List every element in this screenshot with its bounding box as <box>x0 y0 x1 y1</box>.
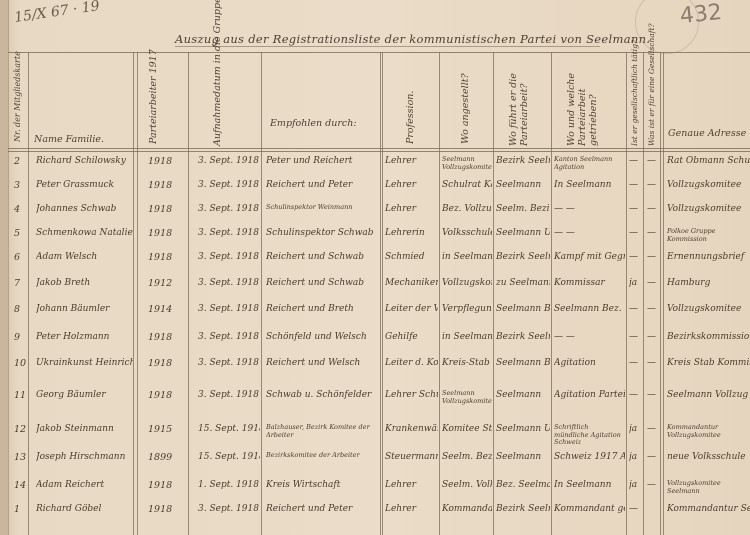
society: — <box>647 156 660 166</box>
table-row: 5 Schmenkowa Natalie 1918 3. Sept. 1918 … <box>0 228 750 253</box>
address: Seelmann Vollzug <box>667 390 750 400</box>
row-number: 1 <box>14 504 28 515</box>
row-number: 11 <box>14 390 28 401</box>
profession: Lehrer <box>385 504 438 514</box>
employed-at: Schulrat Kanton <box>442 180 492 190</box>
socially-active: — <box>629 156 643 166</box>
profession: Schmied <box>385 252 438 262</box>
admission-date: 3. Sept. 1918 <box>198 228 260 238</box>
family-name: Peter Holzmann <box>36 332 133 342</box>
socially-active: — <box>629 504 643 514</box>
row-number: 10 <box>14 358 28 369</box>
header-party-work-where: Wo führt er die Parteiarbeit? <box>508 56 532 146</box>
header-employed: Wo angestellt? <box>460 82 471 144</box>
party-work-what: In Seelmann <box>554 480 625 490</box>
header-party-work-what: Wo und welche Parteiarbeit getrieben? <box>566 56 592 146</box>
header-recommended: Empfohlen durch: <box>270 118 357 129</box>
society: — <box>647 204 660 214</box>
employed-at: in Seelmann <box>442 332 492 342</box>
party-work-what: Kampf mit Gegnern <box>554 252 625 262</box>
address: Vollzugskomitee <box>667 304 750 314</box>
family-name: Jakob Steinmann <box>36 424 133 434</box>
row-number: 5 <box>14 228 28 239</box>
admission-date: 15. Sept. 1918 <box>198 452 260 462</box>
address: Kommandantur Seelmann <box>667 504 750 514</box>
recommended-by: Kreis Wirtschaft <box>266 480 379 490</box>
admission-date: 3. Sept. 1918 <box>198 304 260 314</box>
document-title: Auszug aus der Registrationsliste der ko… <box>175 32 650 46</box>
family-name: Adam Welsch <box>36 252 133 262</box>
table-row: 13 Joseph Hirschmann 1899 15. Sept. 1918… <box>0 452 750 477</box>
recommended-by: Schönfeld und Welsch <box>266 332 379 342</box>
address: Rat Obmann Schule <box>667 156 750 166</box>
party-year: 1918 <box>148 228 186 239</box>
party-work-what: — — <box>554 204 625 214</box>
recommended-by: Reichert und Schwab <box>266 278 379 288</box>
corner-reference: 15/X 67 · 19 <box>13 0 100 26</box>
party-year: 1918 <box>148 332 186 343</box>
recommended-by: Schulinspektor Weinmann <box>266 204 379 212</box>
profession: Mechaniker <box>385 278 438 288</box>
party-work-what: Schweiz 1917 Agitation <box>554 452 625 462</box>
socially-active: ja <box>629 278 643 288</box>
party-year: 1918 <box>148 358 186 369</box>
party-work-where: Seelmann Bez. <box>496 358 550 368</box>
party-year: 1918 <box>148 480 186 491</box>
party-year: 1918 <box>148 156 186 167</box>
row-number: 7 <box>14 278 28 289</box>
admission-date: 15. Sept. 1918 <box>198 424 260 434</box>
profession: Lehrerin <box>385 228 438 238</box>
table-row: 9 Peter Holzmann 1918 3. Sept. 1918 Schö… <box>0 332 750 357</box>
table-row: 4 Johannes Schwab 1918 3. Sept. 1918 Sch… <box>0 204 750 229</box>
admission-date: 3. Sept. 1918 <box>198 358 260 368</box>
registration-table: Nr. der Mitgliedskarte Name Familie. Par… <box>0 52 750 535</box>
table-row: 1 Richard Göbel 1918 3. Sept. 1918 Reich… <box>0 504 750 529</box>
row-number: 14 <box>14 480 28 491</box>
family-name: Richard Schilowsky <box>36 156 133 166</box>
recommended-by: Reichert und Breth <box>266 304 379 314</box>
table-row: 3 Peter Grassmuck 1918 3. Sept. 1918 Rei… <box>0 180 750 205</box>
address: Hamburg <box>667 278 750 288</box>
profession: Lehrer <box>385 156 438 166</box>
party-work-what: — — <box>554 332 625 342</box>
employed-at: Seelmann Vollzugskomitee <box>442 156 492 171</box>
recommended-by: Schulinspektor Schwab <box>266 228 379 238</box>
employed-at: Komitee Station <box>442 424 492 434</box>
party-work-where: Bezirk Seelmann <box>496 252 550 262</box>
party-work-where: zu Seelmann <box>496 278 550 288</box>
admission-date: 3. Sept. 1918 <box>198 156 260 166</box>
address: Bezirkskommission <box>667 332 750 342</box>
row-number: 4 <box>14 204 28 215</box>
table-row: 8 Johann Bäumler 1914 3. Sept. 1918 Reic… <box>0 304 750 329</box>
party-year: 1899 <box>148 452 186 463</box>
table-row: 10 Ukrainkunst Heinrich 1918 3. Sept. 19… <box>0 358 750 383</box>
row-number: 12 <box>14 424 28 435</box>
address: Polkoe Gruppe Kommission <box>667 228 750 243</box>
employed-at: in Seelmann <box>442 252 492 262</box>
table-row: 7 Jakob Breth 1912 3. Sept. 1918 Reicher… <box>0 278 750 303</box>
family-name: Jakob Breth <box>36 278 133 288</box>
party-work-what: — — <box>554 228 625 238</box>
party-work-where: Seelmann <box>496 452 550 462</box>
row-number: 13 <box>14 452 28 463</box>
admission-date: 3. Sept. 1918 <box>198 278 260 288</box>
society: — <box>647 304 660 314</box>
table-row: 14 Adam Reichert 1918 1. Sept. 1918 Krei… <box>0 480 750 505</box>
family-name: Schmenkowa Natalie <box>36 228 133 238</box>
profession: Leiter der Verpflegung <box>385 304 438 314</box>
socially-active: — <box>629 332 643 342</box>
employed-at: Kommandantur Seelmann <box>442 504 492 514</box>
society: — <box>647 424 660 434</box>
recommended-by: Balzhauser, Bezirk Komitee der Arbeiter <box>266 424 379 439</box>
header-profession: Profession. <box>405 82 416 144</box>
party-work-what: Agitation <box>554 358 625 368</box>
party-work-what: In Seelmann <box>554 180 625 190</box>
register-page: 15/X 67 · 19 432 Auszug aus der Registra… <box>0 0 750 535</box>
family-name: Georg Bäumler <box>36 390 133 400</box>
family-name: Johann Bäumler <box>36 304 133 314</box>
socially-active: — <box>629 228 643 238</box>
row-number: 8 <box>14 304 28 315</box>
socially-active: — <box>629 390 643 400</box>
party-year: 1918 <box>148 252 186 263</box>
party-work-where: Bezirk Seelm. <box>496 332 550 342</box>
address: Kommandantur Vollzugskomitee <box>667 424 750 439</box>
profession: Steuermann <box>385 452 438 462</box>
family-name: Ukrainkunst Heinrich <box>36 358 133 368</box>
society: — <box>647 480 660 490</box>
party-year: 1918 <box>148 204 186 215</box>
profession: Krankenwärter <box>385 424 438 434</box>
row-number: 3 <box>14 180 28 191</box>
family-name: Adam Reichert <box>36 480 133 490</box>
profession: Gehilfe <box>385 332 438 342</box>
employed-at: Seelm. Volk. <box>442 480 492 490</box>
socially-active: — <box>629 180 643 190</box>
society: — <box>647 252 660 262</box>
party-work-where: Seelmann <box>496 180 550 190</box>
party-work-where: Bez. Seelmann <box>496 480 550 490</box>
socially-active: — <box>629 204 643 214</box>
admission-date: 3. Sept. 1918 <box>198 332 260 342</box>
employed-at: Seelmann Vollzugskomitee <box>442 390 492 405</box>
socially-active: ja <box>629 452 643 462</box>
party-work-what: Schriftlich mündliche Agitation Schweiz <box>554 424 625 447</box>
recommended-by: Reichert und Schwab <box>266 252 379 262</box>
admission-date: 3. Sept. 1918 <box>198 390 260 400</box>
party-work-what: Seelmann Bez. <box>554 304 625 314</box>
party-year: 1912 <box>148 278 186 289</box>
society: — <box>647 228 660 238</box>
table-row: 12 Jakob Steinmann 1915 15. Sept. 1918 B… <box>0 424 750 449</box>
header-year: Parteiarbeiter 1917 <box>148 82 159 144</box>
party-work-what: Agitation Partei <box>554 390 625 400</box>
employed-at: Vollzugskomitee <box>442 278 492 288</box>
party-work-where: Seelm. Bezirk <box>496 204 550 214</box>
header-date: Aufnahmedatum in die Gruppe <box>212 62 223 146</box>
profession: Lehrer <box>385 180 438 190</box>
socially-active: ja <box>629 480 643 490</box>
recommended-by: Reichert und Welsch <box>266 358 379 368</box>
recommended-by: Reichert und Peter <box>266 180 379 190</box>
society: — <box>647 278 660 288</box>
address: Ernennungsbrief <box>667 252 750 262</box>
party-year: 1918 <box>148 180 186 191</box>
header-nr: Nr. der Mitgliedskarte <box>12 62 23 142</box>
socially-active: — <box>629 358 643 368</box>
society: — <box>647 390 660 400</box>
party-work-what: Kanton Seelmann Agitation <box>554 156 625 171</box>
address: Vollzugskomitee Seelmann <box>667 480 750 495</box>
employed-at: Seelm. Bezirk <box>442 452 492 462</box>
header-address: Genaue Adresse <box>668 128 746 139</box>
family-name: Richard Göbel <box>36 504 133 514</box>
admission-date: 1. Sept. 1918 <box>198 480 260 490</box>
society: — <box>647 332 660 342</box>
row-number: 2 <box>14 156 28 167</box>
table-row: 2 Richard Schilowsky 1918 3. Sept. 1918 … <box>0 156 750 181</box>
employed-at: Volksschule <box>442 228 492 238</box>
society: — <box>647 180 660 190</box>
address: neue Volksschule <box>667 452 750 462</box>
address: Vollzugskomitee <box>667 180 750 190</box>
party-work-what: Kommissar <box>554 278 625 288</box>
table-row: 11 Georg Bäumler 1918 3. Sept. 1918 Schw… <box>0 390 750 415</box>
row-number: 9 <box>14 332 28 343</box>
profession: Leiter d. Kommission <box>385 358 438 368</box>
party-work-where: Seelmann Bez. <box>496 304 550 314</box>
family-name: Joseph Hirschmann <box>36 452 133 462</box>
party-work-where: Bezirk Seelm. <box>496 156 550 166</box>
recommended-by: Schwab u. Schönfelder <box>266 390 379 400</box>
family-name: Johannes Schwab <box>36 204 133 214</box>
party-year: 1918 <box>148 390 186 401</box>
page-number: 432 <box>679 0 723 29</box>
party-work-where: Seelmann <box>496 390 550 400</box>
party-year: 1914 <box>148 304 186 315</box>
family-name: Peter Grassmuck <box>36 180 133 190</box>
address: Vollzugskomitee <box>667 204 750 214</box>
address: Kreis Stab Kommission <box>667 358 750 368</box>
party-work-what: Kommandant geschrieben <box>554 504 625 514</box>
employed-at: Kreis-Stab <box>442 358 492 368</box>
society: — <box>647 358 660 368</box>
profession: Lehrer <box>385 204 438 214</box>
row-number: 6 <box>14 252 28 263</box>
recommended-by: Peter und Reichert <box>266 156 379 166</box>
admission-date: 3. Sept. 1918 <box>198 204 260 214</box>
party-work-where: Seelmann Umg. <box>496 228 550 238</box>
socially-active: — <box>629 304 643 314</box>
socially-active: ja <box>629 424 643 434</box>
employed-at: Verpflegung Bezirk <box>442 304 492 314</box>
society: — <box>647 452 660 462</box>
admission-date: 3. Sept. 1918 <box>198 504 260 514</box>
header-society: Was ist er für eine Gesellschaft? <box>646 54 657 146</box>
profession: Lehrer <box>385 480 438 490</box>
profession: Lehrer Schumacher <box>385 390 438 400</box>
recommended-by: Bezirkskomitee der Arbeiter <box>266 452 379 460</box>
admission-date: 3. Sept. 1918 <box>198 180 260 190</box>
title-rule <box>175 46 600 47</box>
header-name: Name Familie. <box>34 134 104 145</box>
recommended-by: Reichert und Peter <box>266 504 379 514</box>
table-row: 6 Adam Welsch 1918 3. Sept. 1918 Reicher… <box>0 252 750 277</box>
admission-date: 3. Sept. 1918 <box>198 252 260 262</box>
party-year: 1918 <box>148 504 186 515</box>
party-year: 1915 <box>148 424 186 435</box>
party-work-where: Bezirk Seelmann <box>496 504 550 514</box>
header-social: Ist er gesellschaftlich tätig? <box>629 54 640 146</box>
employed-at: Bez. Vollzugs-Komitee <box>442 204 492 214</box>
socially-active: — <box>629 252 643 262</box>
party-work-where: Seelmann Umgebung <box>496 424 550 434</box>
